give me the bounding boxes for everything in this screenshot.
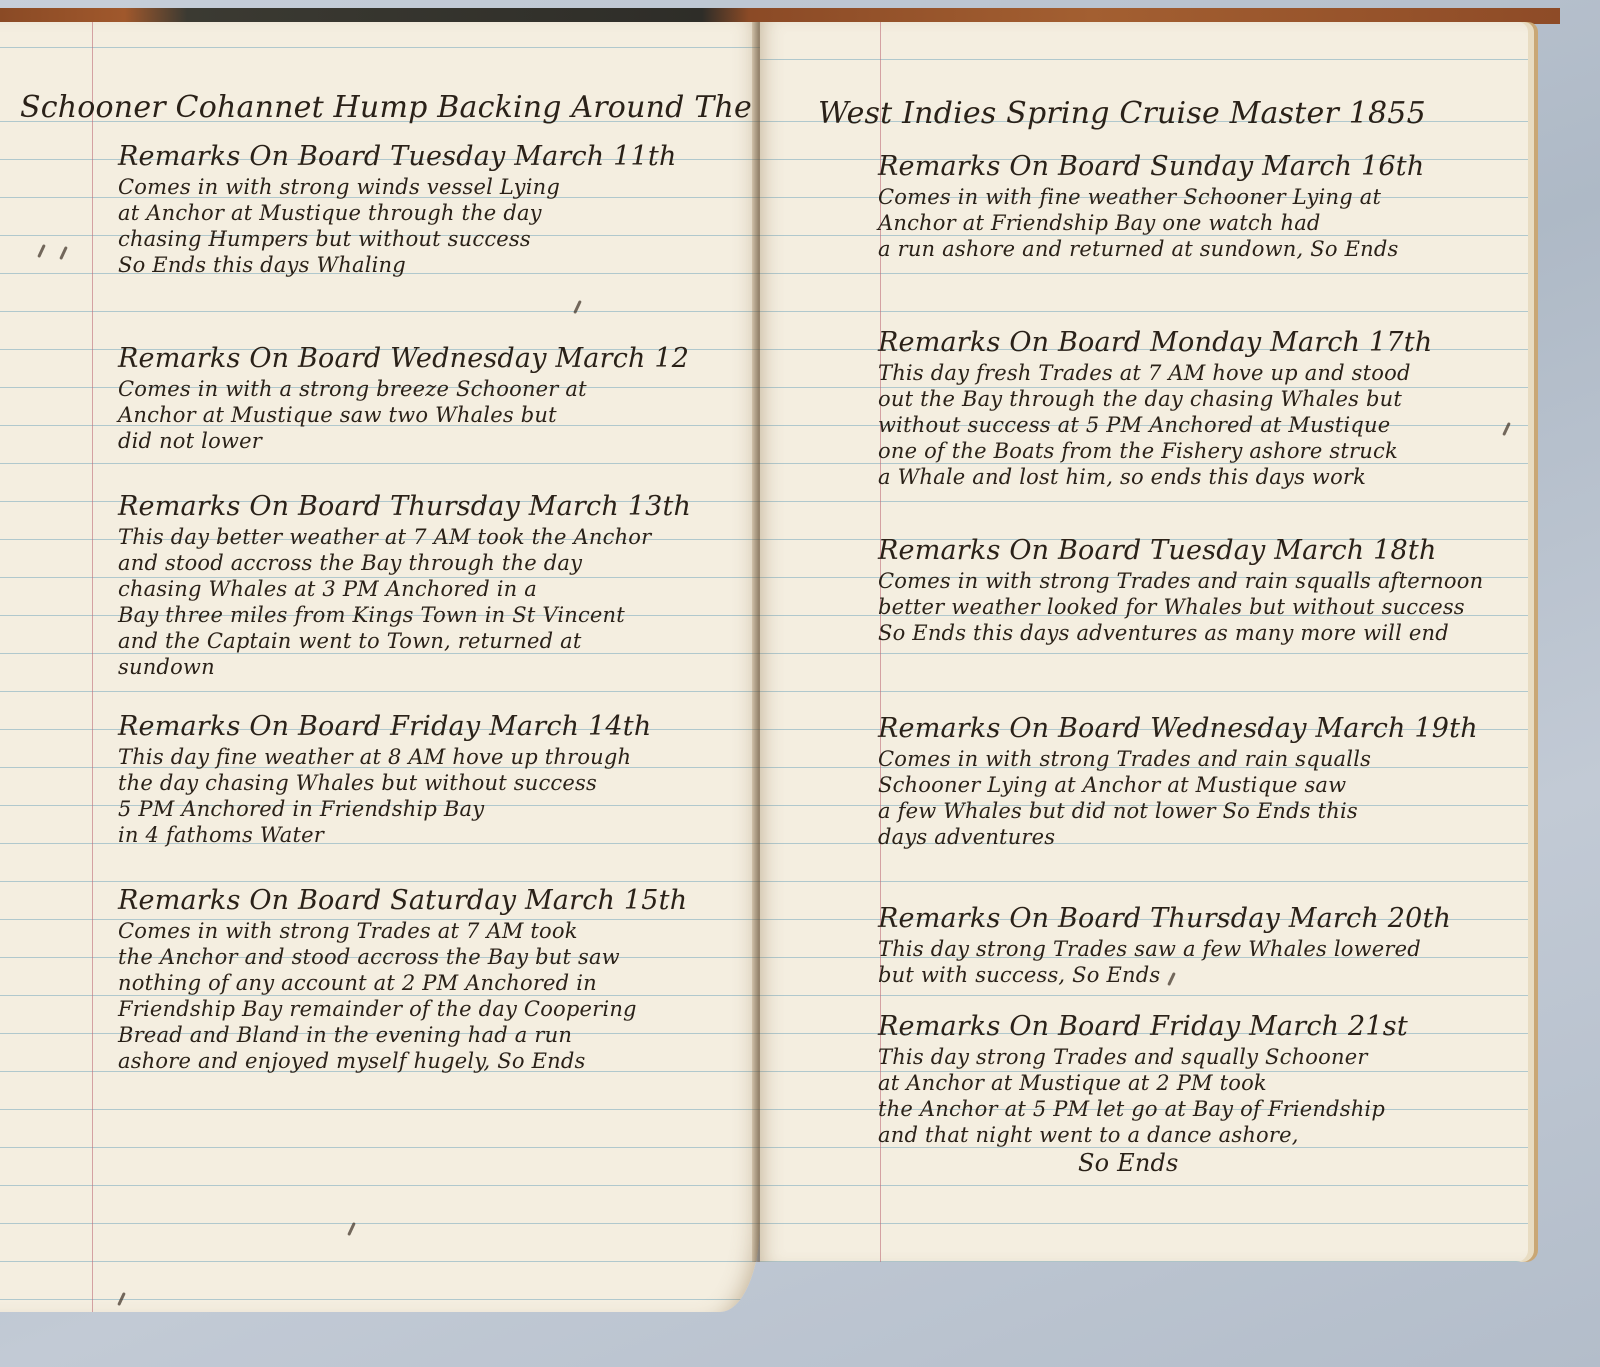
log-entry: Remarks On Board Thursday March 13th Thi… bbox=[118, 490, 691, 680]
ink-mark bbox=[573, 300, 582, 314]
entry-line: This day strong Trades saw a few Whales … bbox=[878, 936, 1451, 962]
entry-line: Comes in with strong Trades and rain squ… bbox=[878, 568, 1483, 594]
log-entry: Remarks On Board Sunday March 16th Comes… bbox=[878, 150, 1424, 262]
entry-line: and stood accross the Bay through the da… bbox=[118, 550, 691, 576]
ink-mark bbox=[347, 1222, 356, 1236]
entry-heading: Remarks On Board Friday March 21st bbox=[878, 1010, 1408, 1044]
entry-line: ashore and enjoyed myself hugely, So End… bbox=[118, 1048, 687, 1074]
entry-heading: Remarks On Board Sunday March 16th bbox=[878, 150, 1424, 184]
entry-line: Bread and Bland in the evening had a run bbox=[118, 1022, 687, 1048]
log-entry: Remarks On Board Wednesday March 12 Come… bbox=[118, 342, 689, 454]
entry-heading: Remarks On Board Friday March 14th bbox=[118, 710, 651, 744]
entry-line: sundown bbox=[118, 654, 691, 680]
entry-line: a run ashore and returned at sundown, So… bbox=[878, 236, 1424, 262]
entry-line: So Ends this days adventures as many mor… bbox=[878, 620, 1483, 646]
entry-line: without success at 5 PM Anchored at Must… bbox=[878, 412, 1432, 438]
entry-line: Friendship Bay remainder of the day Coop… bbox=[118, 996, 687, 1022]
entry-line: days adventures bbox=[878, 824, 1478, 850]
entry-line: the Anchor and stood accross the Bay but… bbox=[118, 944, 687, 970]
entry-line: Comes in with strong Trades and rain squ… bbox=[878, 746, 1478, 772]
entry-line: the Anchor at 5 PM let go at Bay of Frie… bbox=[878, 1096, 1408, 1122]
entry-line: Anchor at Mustique saw two Whales but bbox=[118, 402, 689, 428]
right-page: West Indies Spring Cruise Master 1855 Re… bbox=[760, 22, 1528, 1262]
log-entry: Remarks On Board Friday March 21st This … bbox=[878, 1010, 1408, 1178]
entry-heading: Remarks On Board Thursday March 20th bbox=[878, 902, 1451, 936]
entry-line: Anchor at Friendship Bay one watch had bbox=[878, 210, 1424, 236]
entry-line: and that night went to a dance ashore, bbox=[878, 1122, 1408, 1148]
entry-line: better weather looked for Whales but wit… bbox=[878, 594, 1483, 620]
entry-line: a Whale and lost him, so ends this days … bbox=[878, 464, 1432, 490]
log-entry: Remarks On Board Saturday March 15th Com… bbox=[118, 884, 687, 1074]
left-page: Schooner Cohannet Hump Backing Around Th… bbox=[0, 22, 760, 1312]
entry-line: did not lower bbox=[118, 428, 689, 454]
ink-mark bbox=[37, 244, 46, 258]
entry-line: 5 PM Anchored in Friendship Bay bbox=[118, 796, 651, 822]
entry-line: and the Captain went to Town, returned a… bbox=[118, 628, 691, 654]
entry-line: This day fresh Trades at 7 AM hove up an… bbox=[878, 360, 1432, 386]
entry-line: Schooner Lying at Anchor at Mustique saw bbox=[878, 772, 1478, 798]
entry-line: chasing Whales at 3 PM Anchored in a bbox=[118, 576, 691, 602]
entry-heading: Remarks On Board Tuesday March 18th bbox=[878, 534, 1483, 568]
entry-line: Comes in with fine weather Schooner Lyin… bbox=[878, 184, 1424, 210]
entry-line: the day chasing Whales but without succe… bbox=[118, 770, 651, 796]
entry-heading: Remarks On Board Wednesday March 19th bbox=[878, 712, 1478, 746]
entry-line: at Anchor at Mustique at 2 PM took bbox=[878, 1070, 1408, 1096]
entry-line: Comes in with a strong breeze Schooner a… bbox=[118, 376, 689, 402]
entry-heading: Remarks On Board Thursday March 13th bbox=[118, 490, 691, 524]
entry-line: one of the Boats from the Fishery ashore… bbox=[878, 438, 1432, 464]
entry-line: Bay three miles from Kings Town in St Vi… bbox=[118, 602, 691, 628]
entry-heading: Remarks On Board Saturday March 15th bbox=[118, 884, 687, 918]
log-entry: Remarks On Board Wednesday March 19th Co… bbox=[878, 712, 1478, 850]
entry-line: in 4 fathoms Water bbox=[118, 822, 651, 848]
ink-mark bbox=[117, 1292, 126, 1306]
page-title-left: Schooner Cohannet Hump Backing Around Th… bbox=[20, 90, 752, 125]
entry-line: Comes in with strong winds vessel Lying bbox=[118, 174, 677, 200]
entry-line: nothing of any account at 2 PM Anchored … bbox=[118, 970, 687, 996]
entry-line: Comes in with strong Trades at 7 AM took bbox=[118, 918, 687, 944]
log-entry: Remarks On Board Thursday March 20th Thi… bbox=[878, 902, 1451, 988]
entry-line: out the Bay through the day chasing Whal… bbox=[878, 386, 1432, 412]
entry-heading: Remarks On Board Tuesday March 11th bbox=[118, 140, 677, 174]
entry-line: This day strong Trades and squally Schoo… bbox=[878, 1044, 1408, 1070]
log-entry: Remarks On Board Monday March 17th This … bbox=[878, 326, 1432, 490]
log-entry: Remarks On Board Tuesday March 11th Come… bbox=[118, 140, 677, 278]
entry-heading: Remarks On Board Monday March 17th bbox=[878, 326, 1432, 360]
log-entry: Remarks On Board Tuesday March 18th Come… bbox=[878, 534, 1483, 646]
entry-line: This day fine weather at 8 AM hove up th… bbox=[118, 744, 651, 770]
entry-line: but with success, So Ends bbox=[878, 962, 1451, 988]
margin-rule bbox=[92, 22, 93, 1312]
log-entry: Remarks On Board Friday March 14th This … bbox=[118, 710, 651, 848]
entry-line: chasing Humpers but without success bbox=[118, 226, 677, 252]
entry-line: at Anchor at Mustique through the day bbox=[118, 200, 677, 226]
entry-line: So Ends this days Whaling bbox=[118, 252, 677, 278]
page-title-right: West Indies Spring Cruise Master 1855 bbox=[818, 96, 1426, 131]
ink-mark bbox=[59, 246, 68, 260]
ink-mark bbox=[1502, 422, 1511, 436]
entry-line: This day better weather at 7 AM took the… bbox=[118, 524, 691, 550]
entry-heading: Remarks On Board Wednesday March 12 bbox=[118, 342, 689, 376]
entry-line: a few Whales but did not lower So Ends t… bbox=[878, 798, 1478, 824]
entry-closing: So Ends bbox=[878, 1148, 1408, 1178]
